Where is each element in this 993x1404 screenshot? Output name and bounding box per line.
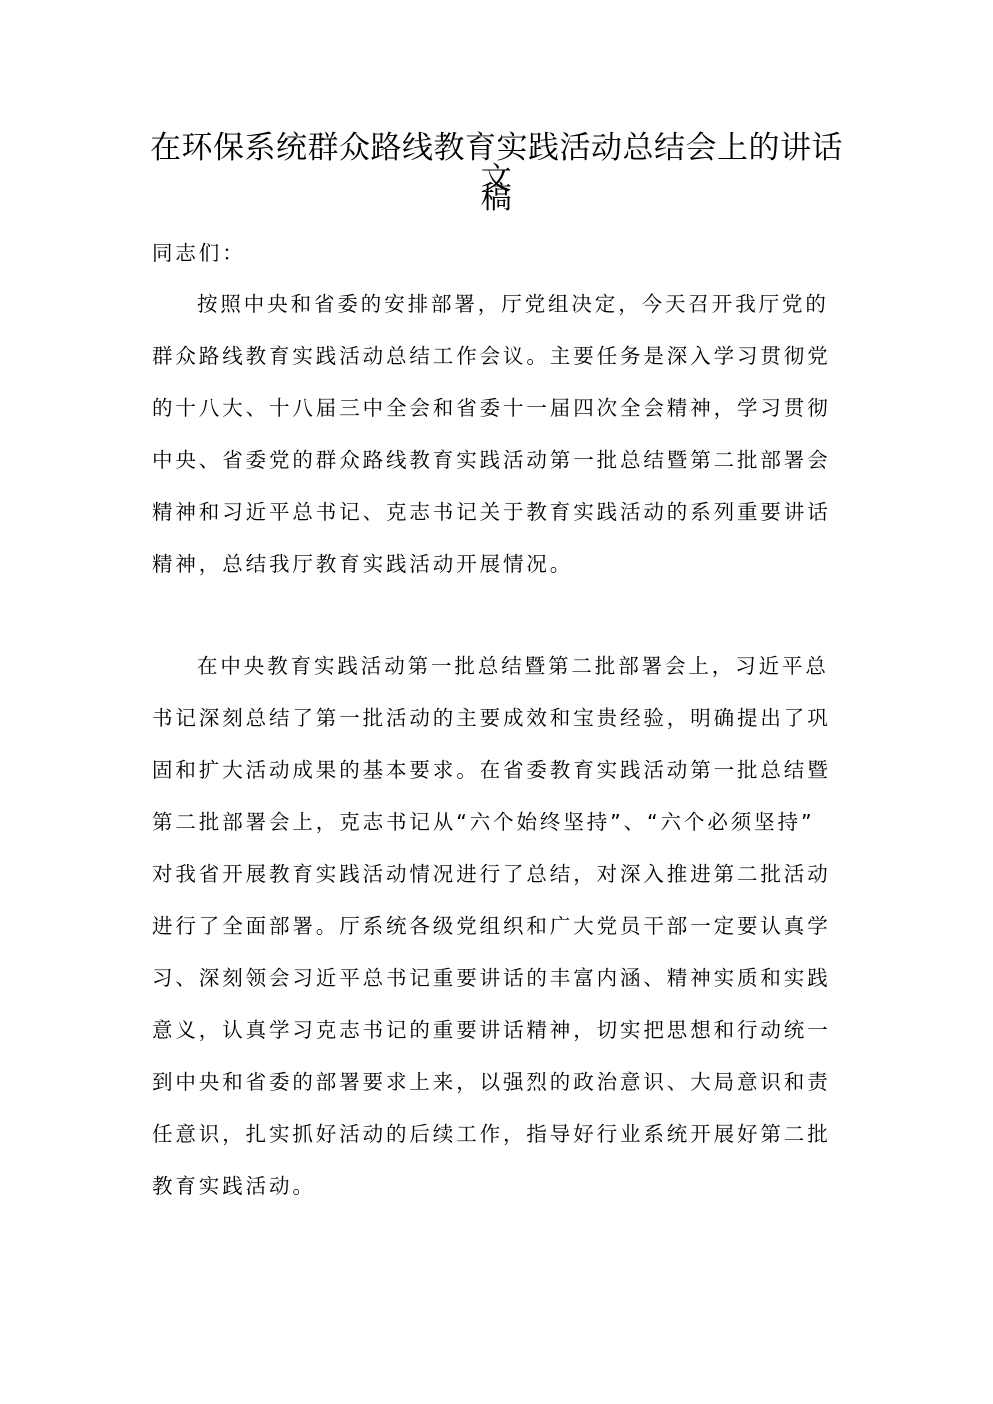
paragraph-line: 精神和习近平总书记、克志书记关于教育实践活动的系列重要讲话 (152, 501, 832, 523)
paragraph-line: 中央、省委党的群众路线教育实践活动第一批总结暨第二批部署会 (152, 449, 832, 471)
paragraph-line: 习、深刻领会习近平总书记重要讲话的丰富内涵、精神实质和实践 (152, 967, 832, 989)
document-page: 在环保系统群众路线教育实践活动总结会上的讲话文 稿 同志们： 按照中央和省委的安… (0, 0, 993, 1404)
document-title-line-2: 稿 (140, 183, 853, 214)
paragraph-line: 的十八大、十八届三中全会和省委十一届四次全会精神，学习贯彻 (152, 397, 832, 419)
paragraph-line: 第二批部署会上，克志书记从“六个始终坚持”、“六个必须坚持” (152, 811, 832, 833)
paragraph-line: 到中央和省委的部署要求上来，以强烈的政治意识、大局意识和责 (152, 1071, 832, 1093)
salutation: 同志们： (152, 242, 832, 264)
paragraph-line: 在中央教育实践活动第一批总结暨第二批部署会上，习近平总 (197, 655, 877, 677)
paragraph-line: 按照中央和省委的安排部署，厅党组决定，今天召开我厅党的 (197, 293, 877, 315)
paragraph-line: 任意识，扎实抓好活动的后续工作，指导好行业系统开展好第二批 (152, 1123, 832, 1145)
paragraph-line: 意义，认真学习克志书记的重要讲话精神，切实把思想和行动统一 (152, 1019, 832, 1041)
paragraph-line: 进行了全面部署。厅系统各级党组织和广大党员干部一定要认真学 (152, 915, 832, 937)
paragraph-line: 教育实践活动。 (152, 1175, 832, 1197)
paragraph-line: 对我省开展教育实践活动情况进行了总结，对深入推进第二批活动 (152, 863, 832, 885)
paragraph-line: 精神，总结我厅教育实践活动开展情况。 (152, 553, 832, 575)
paragraph-line: 书记深刻总结了第一批活动的主要成效和宝贵经验，明确提出了巩 (152, 707, 832, 729)
paragraph-line: 群众路线教育实践活动总结工作会议。主要任务是深入学习贯彻党 (152, 345, 832, 367)
paragraph-line: 固和扩大活动成果的基本要求。在省委教育实践活动第一批总结暨 (152, 759, 832, 781)
